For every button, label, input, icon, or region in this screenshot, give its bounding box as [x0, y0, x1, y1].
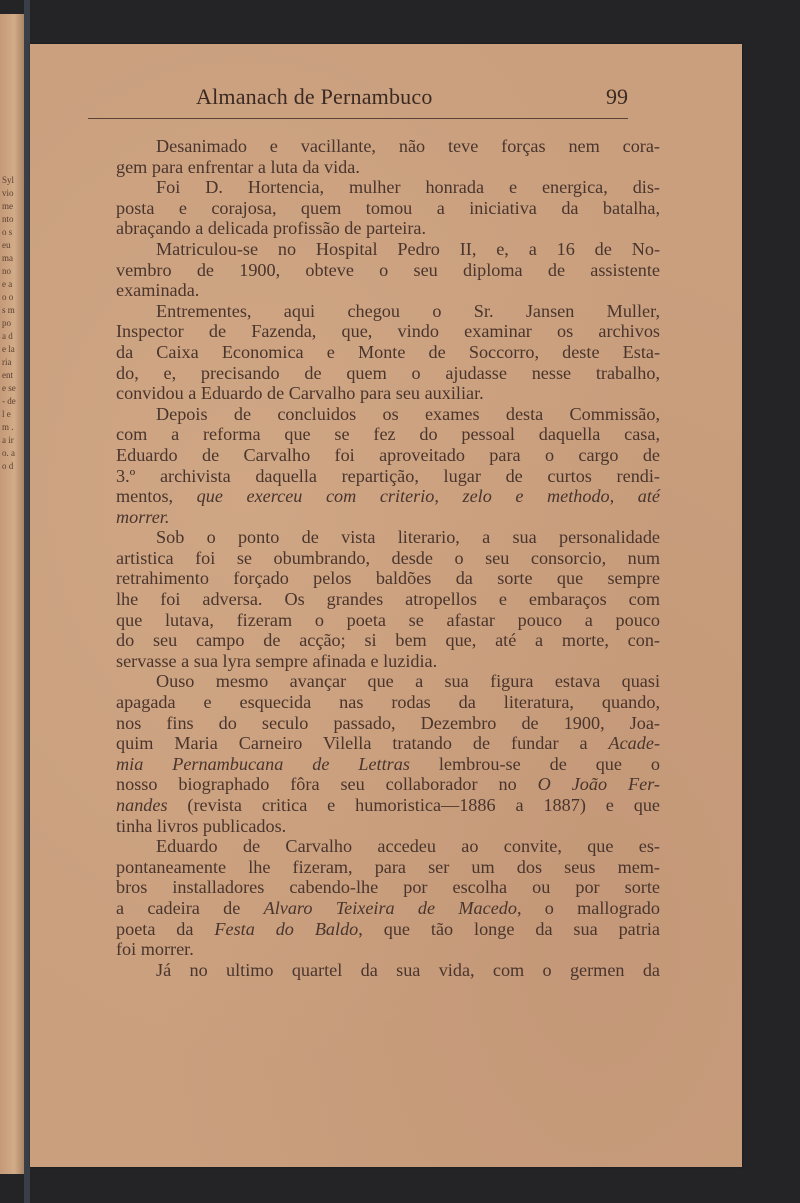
previous-page-text-fragments: Sylvio mento o seu mano e ao os mpo a de…	[2, 174, 16, 473]
italic-run: morrer.	[116, 507, 169, 527]
text-run: , que tão longe da sua patria	[358, 919, 660, 939]
text-line: Desanimado e vacillante, não teve forças…	[116, 136, 660, 157]
text-line: apagada e esquecida nas rodas da literat…	[116, 692, 660, 713]
text-line: Ouso mesmo avançar que a sua figura esta…	[116, 671, 660, 692]
text-line: 3.º archivista daquella repartição, luga…	[116, 466, 660, 487]
text-line: tinha livros publicados.	[116, 816, 660, 837]
text-line: Matriculou-se no Hospital Pedro II, e, a…	[116, 239, 660, 260]
text-run: a cadeira de	[116, 898, 264, 918]
text-line: mentos, que exerceu com criterio, zelo e…	[116, 486, 660, 507]
text-line: do seu campo de acção; si bem que, até a…	[116, 630, 660, 651]
text-line: examinada.	[116, 280, 660, 301]
text-line: a cadeira de Alvaro Teixeira de Macedo, …	[116, 898, 660, 919]
text-line: morrer.	[116, 507, 660, 528]
text-run: , o mallogrado	[517, 898, 660, 918]
text-line: nandes (revista critica e humoristica—18…	[116, 795, 660, 816]
text-line: mia Pernambucana de Lettras lembrou-se d…	[116, 754, 660, 775]
text-run: (revista critica e humoristica—1886 a 18…	[168, 795, 660, 815]
text-line: lhe foi adversa. Os grandes atropellos e…	[116, 589, 660, 610]
text-line: Já no ultimo quartel da sua vida, com o …	[116, 960, 660, 981]
text-line: Eduardo de Carvalho foi aproveitado para…	[116, 445, 660, 466]
text-run: quim Maria Carneiro Vilella tratando de …	[116, 733, 609, 753]
text-run: poeta da	[116, 919, 214, 939]
text-line: que lutava, fizeram o poeta se afastar p…	[116, 610, 660, 631]
text-line: pontaneamente lhe fizeram, para ser um d…	[116, 857, 660, 878]
text-line: do, e, precisando de quem o ajudasse nes…	[116, 363, 660, 384]
text-line: abraçando a delicada profissão de partei…	[116, 218, 660, 239]
text-line: da Caixa Economica e Monte de Soccorro, …	[116, 342, 660, 363]
body-text: Desanimado e vacillante, não teve forças…	[116, 136, 660, 980]
text-line: gem para enfrentar a luta da vida.	[116, 157, 660, 178]
text-line: Eduardo de Carvalho accedeu ao convite, …	[116, 836, 660, 857]
page-number: 99	[606, 84, 628, 110]
text-line: Inspector de Fazenda, que, vindo examina…	[116, 321, 660, 342]
text-line: Depois de concluidos os exames desta Com…	[116, 404, 660, 425]
italic-run: Festa do Baldo	[214, 919, 358, 939]
previous-page-edge: Sylvio mento o seu mano e ao os mpo a de…	[0, 14, 26, 1174]
page-header: Almanach de Pernambuco 99	[88, 84, 628, 110]
text-line: servasse a sua lyra sempre afinada e luz…	[116, 651, 660, 672]
text-line: vembro de 1900, obteve o seu diploma de …	[116, 260, 660, 281]
text-line: nos fins do seculo passado, Dezembro de …	[116, 713, 660, 734]
text-line: posta e corajosa, quem tomou a iniciativ…	[116, 198, 660, 219]
text-line: Foi D. Hortencia, mulher honrada e energ…	[116, 177, 660, 198]
header-rule	[88, 118, 628, 119]
text-line: quim Maria Carneiro Vilella tratando de …	[116, 733, 660, 754]
text-run: nosso biographado fôra seu collaborador …	[116, 774, 538, 794]
text-run: mentos,	[116, 486, 197, 506]
text-line: bros installadores cabendo-lhe por escol…	[116, 877, 660, 898]
text-line: poeta da Festa do Baldo, que tão longe d…	[116, 919, 660, 940]
italic-run: Acade-	[609, 733, 661, 753]
text-line: com a reforma que se fez do pessoal daqu…	[116, 424, 660, 445]
text-line: Entrementes, aqui chegou o Sr. Jansen Mu…	[116, 301, 660, 322]
italic-run: nandes	[116, 795, 168, 815]
italic-run: que exerceu com criterio, zelo e methodo…	[197, 486, 660, 506]
text-line: artistica foi se obumbrando, desde o seu…	[116, 548, 660, 569]
text-line: Sob o ponto de vista literario, a sua pe…	[116, 527, 660, 548]
text-line: nosso biographado fôra seu collaborador …	[116, 774, 660, 795]
italic-run: Alvaro Teixeira de Macedo	[264, 898, 517, 918]
running-title: Almanach de Pernambuco	[196, 84, 433, 110]
text-line: foi morrer.	[116, 939, 660, 960]
text-line: retrahimento forçado pelos baldões da so…	[116, 568, 660, 589]
text-line: convidou a Eduardo de Carvalho para seu …	[116, 383, 660, 404]
italic-run: O João Fer-	[538, 774, 660, 794]
text-run: lembrou-se de que o	[410, 754, 660, 774]
italic-run: mia Pernambucana de Lettras	[116, 754, 410, 774]
